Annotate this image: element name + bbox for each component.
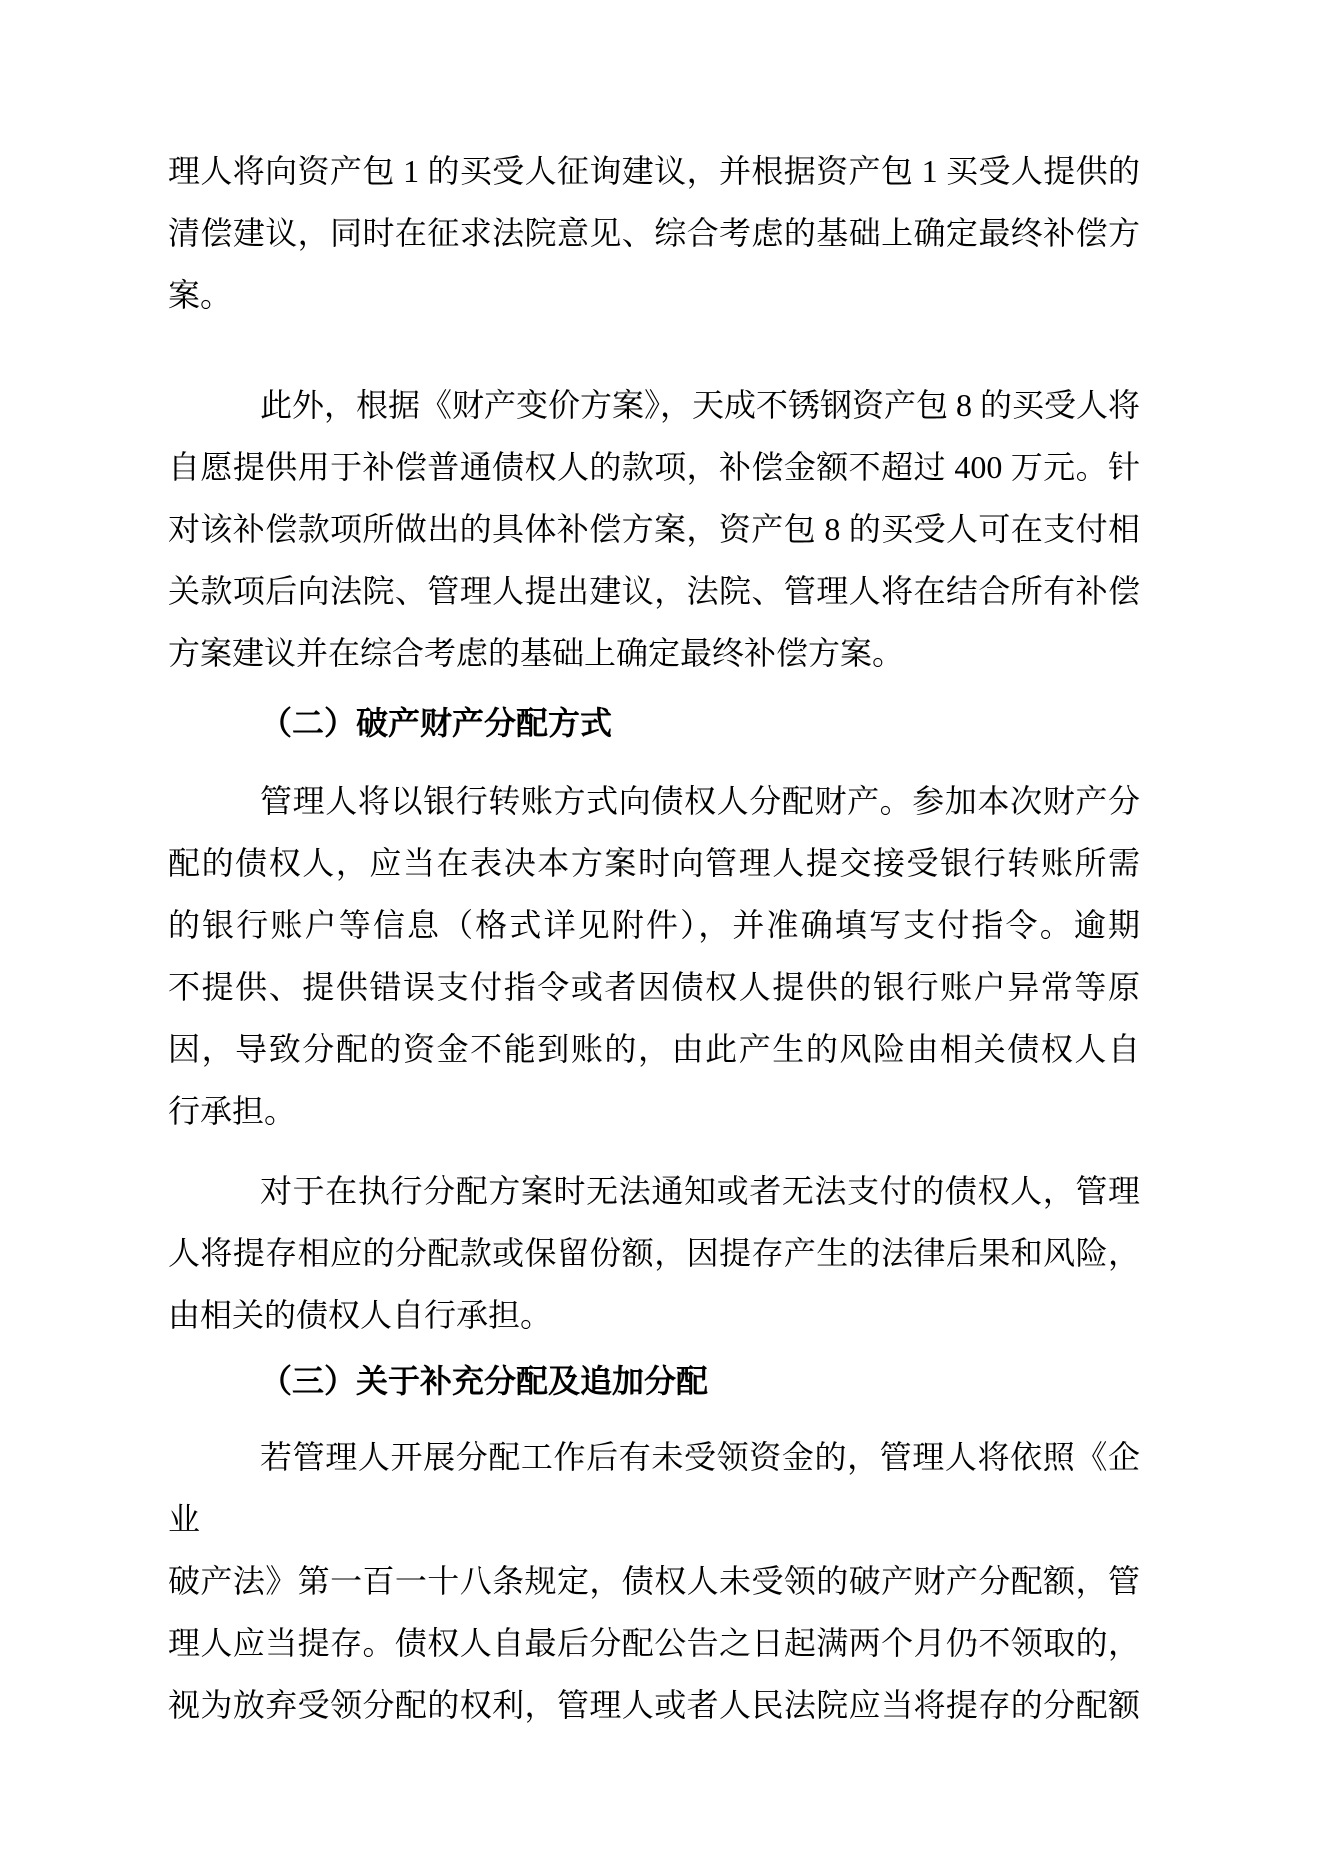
- document-page: 理人将向资产包 1 的买受人征询建议，并根据资产包 1 买受人提供的 清偿建议，…: [0, 0, 1323, 1871]
- text-line: 行承担。: [168, 1080, 1140, 1142]
- page-content: 理人将向资产包 1 的买受人征询建议，并根据资产包 1 买受人提供的 清偿建议，…: [168, 140, 1140, 1736]
- section-heading-3: （三）关于补充分配及追加分配: [168, 1350, 1140, 1412]
- text-line: 人将提存相应的分配款或保留份额，因提存产生的法律后果和风险，: [168, 1222, 1140, 1284]
- text-line: 方案建议并在综合考虑的基础上确定最终补偿方案。: [168, 622, 1140, 684]
- text-line: 理人应当提存。债权人自最后分配公告之日起满两个月仍不领取的，: [168, 1612, 1140, 1674]
- text-line: 清偿建议，同时在征求法院意见、综合考虑的基础上确定最终补偿方: [168, 202, 1140, 264]
- text-line: 案。: [168, 264, 1140, 326]
- paragraph: 理人将向资产包 1 的买受人征询建议，并根据资产包 1 买受人提供的 清偿建议，…: [168, 140, 1140, 326]
- text-line: 配的债权人，应当在表决本方案时向管理人提交接受银行转账所需: [168, 832, 1140, 894]
- text-line: 视为放弃受领分配的权利，管理人或者人民法院应当将提存的分配额: [168, 1674, 1140, 1736]
- text-line: 管理人将以银行转账方式向债权人分配财产。参加本次财产分: [168, 770, 1140, 832]
- text-line: 自愿提供用于补偿普通债权人的款项，补偿金额不超过 400 万元。针: [168, 436, 1140, 498]
- text-line: 破产法》第一百一十八条规定，债权人未受领的破产财产分配额，管: [168, 1550, 1140, 1612]
- paragraph: 此外，根据《财产变价方案》，天成不锈钢资产包 8 的买受人将 自愿提供用于补偿普…: [168, 374, 1140, 684]
- text-line: 关款项后向法院、管理人提出建议，法院、管理人将在结合所有补偿: [168, 560, 1140, 622]
- text-line: 因，导致分配的资金不能到账的，由此产生的风险由相关债权人自: [168, 1018, 1140, 1080]
- text-line: 此外，根据《财产变价方案》，天成不锈钢资产包 8 的买受人将: [168, 374, 1140, 436]
- text-line: 对该补偿款项所做出的具体补偿方案，资产包 8 的买受人可在支付相: [168, 498, 1140, 560]
- section-heading-2: （二）破产财产分配方式: [168, 692, 1140, 754]
- paragraph: 若管理人开展分配工作后有未受领资金的，管理人将依照《企业 破产法》第一百一十八条…: [168, 1426, 1140, 1736]
- paragraph: 管理人将以银行转账方式向债权人分配财产。参加本次财产分 配的债权人，应当在表决本…: [168, 770, 1140, 1142]
- text-line: 由相关的债权人自行承担。: [168, 1284, 1140, 1346]
- text-line: 若管理人开展分配工作后有未受领资金的，管理人将依照《企业: [168, 1426, 1140, 1550]
- text-line: 对于在执行分配方案时无法通知或者无法支付的债权人，管理: [168, 1160, 1140, 1222]
- paragraph: 对于在执行分配方案时无法通知或者无法支付的债权人，管理 人将提存相应的分配款或保…: [168, 1160, 1140, 1346]
- text-line: 理人将向资产包 1 的买受人征询建议，并根据资产包 1 买受人提供的: [168, 140, 1140, 202]
- text-line: 不提供、提供错误支付指令或者因债权人提供的银行账户异常等原: [168, 956, 1140, 1018]
- text-line: 的银行账户等信息（格式详见附件），并准确填写支付指令。逾期: [168, 894, 1140, 956]
